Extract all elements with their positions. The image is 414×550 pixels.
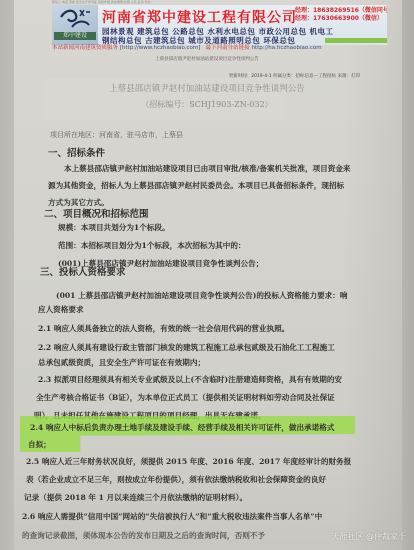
body-line: 范围：本招标项目划分为1个标段，本次招标为其中的： — [58, 240, 246, 251]
body-line: 应人资格要求 — [38, 304, 84, 315]
link-left-url[interactable]: [http://www.hczhaobiao.com] — [120, 45, 201, 51]
qualification-line: 钢结构总包 古建筑总包 城市及道路照明总包 环保总包 — [102, 35, 295, 45]
highlighted-line: 自拟； — [28, 439, 51, 450]
bid-number: （招标编号：SCHJ1903-ZN-032） — [0, 99, 414, 110]
logo-swirl-icon — [58, 7, 92, 31]
body-line: 本上蔡县邵店镇尹赵村加油站建设项目已由项目审批/核准/备案机关批准，项目资金来 — [64, 163, 351, 174]
body-line: 2.5 响应人近三年财务状况良好，须提供 2015 年度、2016 年度、201… — [26, 456, 351, 467]
contact-line: 经理：18638269516（微信同号） — [295, 7, 387, 15]
body-line: 2.3 拟派项目经理须具有相关专业贰级及以上(不含临时)注册建造师资格，具有有效… — [38, 374, 342, 385]
body-line: (001 上蔡县邵店镇尹赵村加油站建设项目竞争性谈判公告)的投标人资格能力要求：… — [56, 290, 347, 301]
location-line: 项目所在地区：河南省，驻马店市，上蔡县 — [50, 130, 183, 140]
body-line: 记录（提供 2018 年 1 月以来连续三个月依法缴纳的证明材料）。 — [24, 492, 247, 503]
contact-line: 经理：17630663900（微信） — [295, 15, 387, 23]
body-line: 表（若企业成立不足三年，则按成立年份提供），须有依法缴纳税收和社会保障资金的良好 — [26, 474, 326, 485]
document-title: 上蔡县邵店镇尹赵村加油站建设项目竞争性谈判公告 — [0, 82, 414, 94]
body-line: 规模：本项目共划分为1个标段。 — [58, 222, 170, 233]
section-heading: 二、项目概况和招标范围 — [44, 206, 149, 220]
section-heading: 一、招标条件 — [48, 145, 105, 159]
logo-caption: 郑中建设 — [54, 32, 96, 40]
body-line: 2.1 响应人须具备独立的法人资格，有效的统一社会信用代码的营业执照。 — [38, 323, 289, 334]
link-right-label: 最下河南分站链接 — [206, 45, 250, 51]
link-right-url[interactable]: http://ha.hczhaobiao.com — [251, 45, 321, 51]
body-line: 源为其他资金，招标人为上蔡县邵店镇尹赵村民委员会。本项目已具备招标条件，现招标 — [48, 180, 344, 191]
highlighted-line: 2.4 响应人中标后负责办理土地手续及建设手续、经营手续及相关许可证件，做出承诺… — [30, 422, 334, 433]
contact-list: 经理：18638269516（微信同号） 经理：17630663900（微信） — [295, 7, 387, 23]
company-name: 河南省郑中建设工程有限公司 — [102, 7, 297, 27]
company-logo: 郑中建设 — [52, 5, 98, 45]
body-line: 2.2 响应人须具有建设行政主管部门核发的建筑工程施工总承包贰级及石油化工工程施… — [38, 342, 335, 353]
section-heading: 三、投标人资格要求 — [40, 264, 126, 278]
body-line: 的查询记录截图，须体现本公告的发布日期及之后的查询时间，否则不予 — [22, 530, 265, 541]
body-line: 总承包贰级资质，且安全生产许可证在有效期内； — [38, 357, 205, 368]
body-line: 全生产考核合格证书（B证），为本单位正式员工（提供相关证明材料如劳动合同及社保证 — [36, 392, 335, 403]
banner-green-bar — [325, 38, 387, 43]
body-line: 2.6 响应人需提供“信用中国”网站的“失信被执行人”和“重大税收违法案件当事人… — [22, 511, 322, 522]
watermark: 天涯社区 @仲裁家千 — [331, 531, 406, 542]
link-left-label: 本站新闻河南建筑资质服务 — [52, 45, 118, 51]
banner-links: 本站新闻河南建筑资质服务 [http://www.hczhaobiao.com]… — [52, 45, 387, 52]
document-subtitle: 上蔡县邵店镇尹赵村加油站建设项目竞争性谈判公告 — [0, 56, 414, 62]
